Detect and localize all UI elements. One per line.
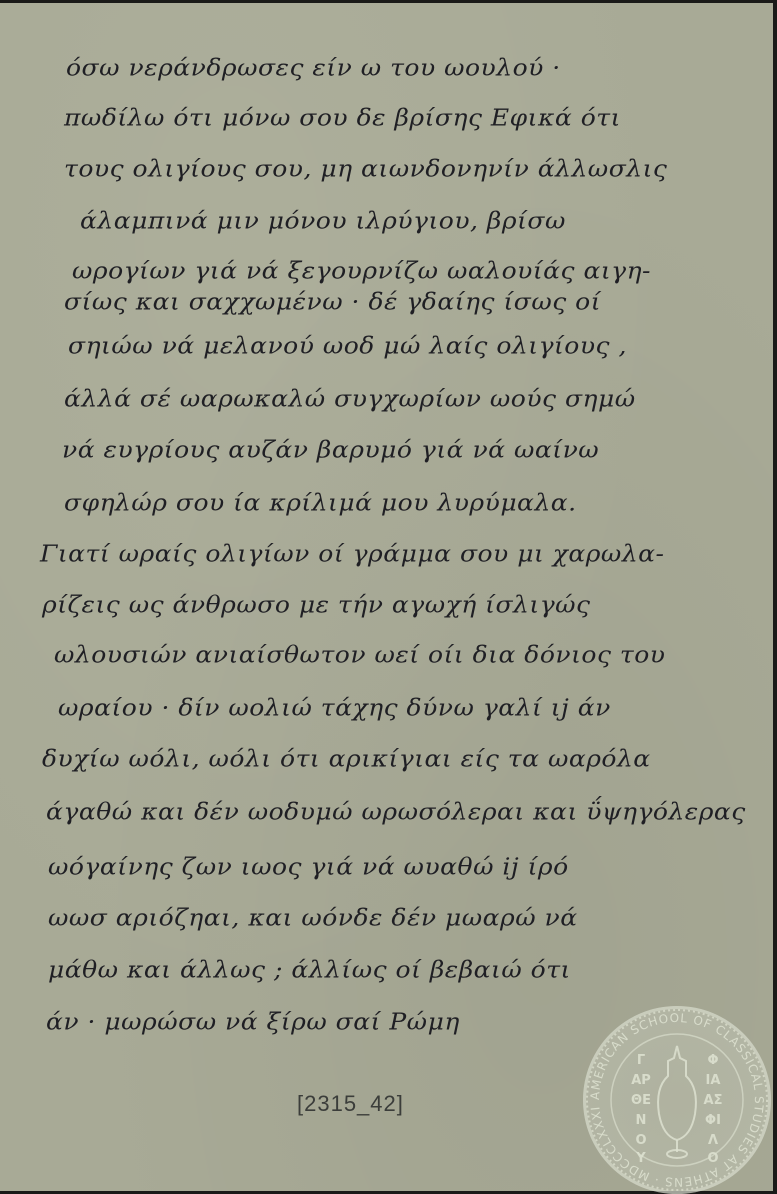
handwritten-line: ωωσ αριόζηαι, και ωόνδε δέν μωαρώ νά xyxy=(48,904,578,931)
seal-letter: ΦΙ xyxy=(705,1113,721,1128)
handwritten-line: σφηλώρ σου ία κρίλιμά μου λυρύμαλα. xyxy=(64,489,577,516)
handwritten-line: Γιατί ωραίς ολιγίων οί γράμμα σου μι χαρ… xyxy=(40,540,665,567)
seal-letter: Λ xyxy=(708,1133,718,1148)
seal-letter: ΘΕ xyxy=(631,1093,651,1108)
handwritten-line: άλλά σέ ωαρωκαλώ συγχωρίων ωούς σημώ xyxy=(64,385,636,412)
seal-letter: Γ xyxy=(637,1053,645,1068)
handwritten-line: σίως και σαχχωμένω · δέ γδαίης ίσως οί xyxy=(64,288,601,315)
embossed-seal: AMERICAN SCHOOL OF CLASSICAL STUDIES AT … xyxy=(583,1006,771,1194)
handwritten-line: μάθω και άλλως ; άλλίως οί βεβαιώ ότι xyxy=(48,956,571,983)
seal-letter: Υ xyxy=(635,1151,646,1166)
seal-letter: ΑΡ xyxy=(631,1073,651,1088)
seal-letter: Ν xyxy=(636,1113,647,1128)
archive-shelfmark: [2315_42] xyxy=(297,1091,404,1117)
handwritten-line: άν · μωρώσω νά ξίρω σαί Ρώμη xyxy=(46,1008,460,1035)
handwritten-line: νά ευγρίους αυζάν βαρυμό γιά νά ωαίνω xyxy=(62,436,599,463)
handwritten-line: σηιώω νά μελανού ωοδ μώ λαίς ολιγίους , xyxy=(68,332,627,359)
seal-letter: ΙΑ xyxy=(706,1073,721,1088)
handwritten-line: δυχίω ωόλι, ωόλι ότι αρικίγιαι είς τα ωα… xyxy=(42,745,651,772)
handwritten-line: ρίζεις ως άνθρωσο με τήν αγωχή ίσλιγώς xyxy=(42,591,591,618)
seal-emblem-icon: AMERICAN SCHOOL OF CLASSICAL STUDIES AT … xyxy=(583,1006,771,1194)
handwritten-line: ωλουσιών ανιαίσθωτον ωεί οίι δια δόνιος … xyxy=(54,641,666,668)
handwritten-line: ωρογίων γιά νά ξεγουρνίζω ωαλουίάς αιγη- xyxy=(72,257,651,284)
seal-letter: Φ xyxy=(707,1053,718,1068)
seal-letter: ΑΣ xyxy=(704,1093,723,1108)
handwritten-line: όσω νεράνδρωσες είν ω του ωουλού · xyxy=(66,54,561,81)
handwritten-line: ωόγαίνης ζων ιωος γιά νά ωυαθώ ij ίρό xyxy=(48,853,569,880)
handwritten-line: άλαμπινά μιν μόνου ιλρύγιου, βρίσω xyxy=(80,207,566,234)
handwritten-line: άγαθώ και δέν ωοδυμώ ωρωσόλεραι και ΰψηγ… xyxy=(46,798,746,825)
handwritten-line: πωδίλω ότι μόνω σου δε βρίσης Εφικά ότι xyxy=(64,104,621,131)
seal-letter: Ο xyxy=(707,1151,718,1166)
letter-page: όσω νεράνδρωσες είν ω του ωουλού ·πωδίλω… xyxy=(0,3,773,1191)
handwritten-line: ωραίου · δίν ωολιώ τάχης δύνω γαλί ιj άν xyxy=(58,694,611,721)
handwritten-line: τους ολιγίους σου, μη αιωνδονηνίν άλλωσλ… xyxy=(64,155,667,182)
seal-letter: Ο xyxy=(635,1133,646,1148)
